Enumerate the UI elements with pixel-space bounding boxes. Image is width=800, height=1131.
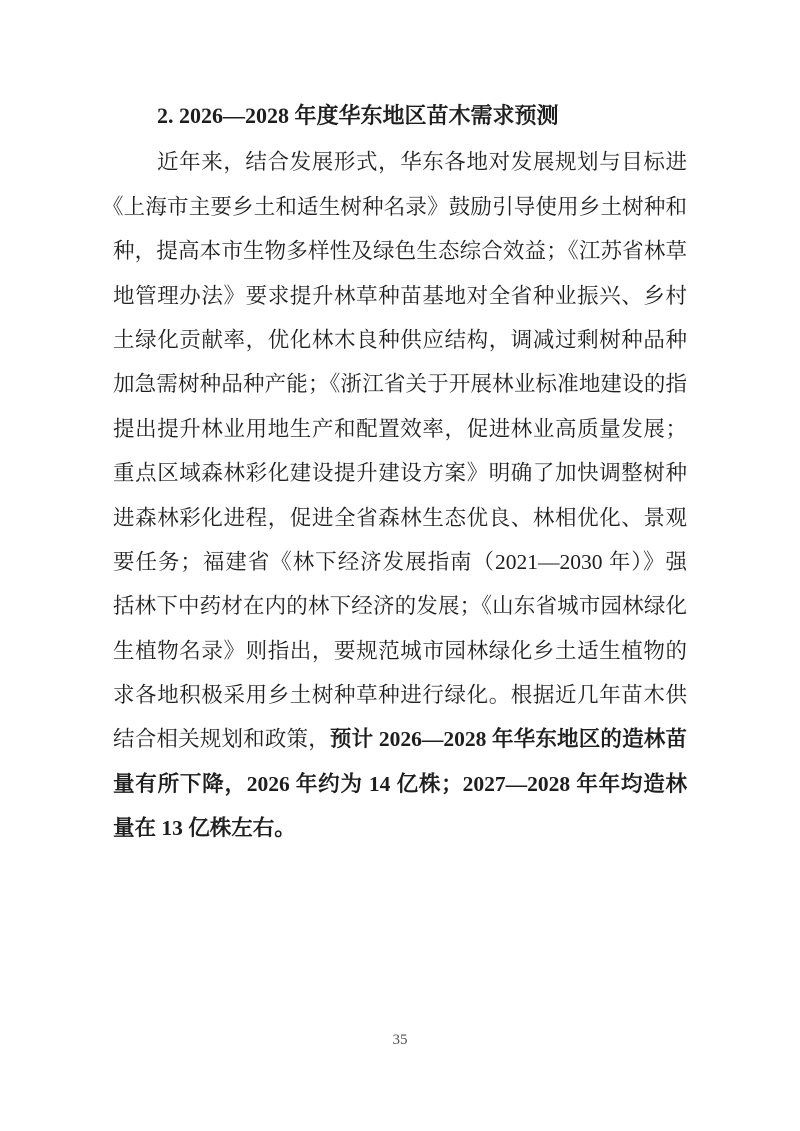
- paragraph-line: 种，提高本市生物多样性及绿色生态综合效益；《江苏省林草种苗基: [113, 229, 687, 273]
- paragraph-line: 提出提升林业用地生产和配置效率，促进林业高质量发展；《江西省: [113, 407, 687, 451]
- paragraph-line-bold: 量有所下降，2026 年约为 14 亿株；2027—2028 年年均造林苗木需求: [113, 762, 687, 806]
- text-block: 2. 2026—2028 年度华东地区苗木需求预测 近年来，结合发展形式，华东各…: [113, 94, 687, 851]
- section-heading: 2. 2026—2028 年度华东地区苗木需求预测: [113, 94, 687, 138]
- page-number: 35: [0, 1030, 800, 1050]
- paragraph-line: 近年来，结合发展形式，华东各地对发展规划与目标进行了细化。: [113, 140, 687, 184]
- paragraph-line: 进森林彩化进程，促进全省森林生态优良、林相优化、景观优美的重: [113, 496, 687, 540]
- paragraph-line-mixed: 结合相关规划和政策，预计 2026—2028 年华东地区的造林苗木需求: [113, 717, 687, 761]
- paragraph-line: 要任务；福建省《林下经济发展指南（2021—2030 年）》强调促进包: [113, 540, 687, 584]
- paragraph-line: 重点区域森林彩化建设提升建设方案》明确了加快调整树种结构，推: [113, 451, 687, 495]
- paragraph-regular-segment: 结合相关规划和政策，: [113, 727, 330, 751]
- paragraph-line: 括林下中药材在内的林下经济的发展；《山东省城市园林绿化乡土适: [113, 584, 687, 628]
- paragraph-line: 加急需树种品种产能；《浙江省关于开展林业标准地建设的指导意见》: [113, 362, 687, 406]
- paragraph-line: 地管理办法》要求提升林草种苗基地对全省种业振兴、乡村振兴和国: [113, 274, 687, 318]
- paragraph-line-bold: 量在 13 亿株左右。: [113, 806, 687, 850]
- paragraph-line: 《上海市主要乡土和适生树种名录》鼓励引导使用乡土树种和适生树: [113, 185, 687, 229]
- paragraph-line: 生植物名录》则指出，要规范城市园林绿化乡土适生植物的选用，要: [113, 629, 687, 673]
- document-page: 2. 2026—2028 年度华东地区苗木需求预测 近年来，结合发展形式，华东各…: [0, 0, 800, 1131]
- paragraph-line: 土绿化贡献率，优化林木良种供应结构，调减过剩树种品种产能，增: [113, 318, 687, 362]
- paragraph-line: 求各地积极采用乡土树种草种进行绿化。根据近几年苗木供需情况，: [113, 673, 687, 717]
